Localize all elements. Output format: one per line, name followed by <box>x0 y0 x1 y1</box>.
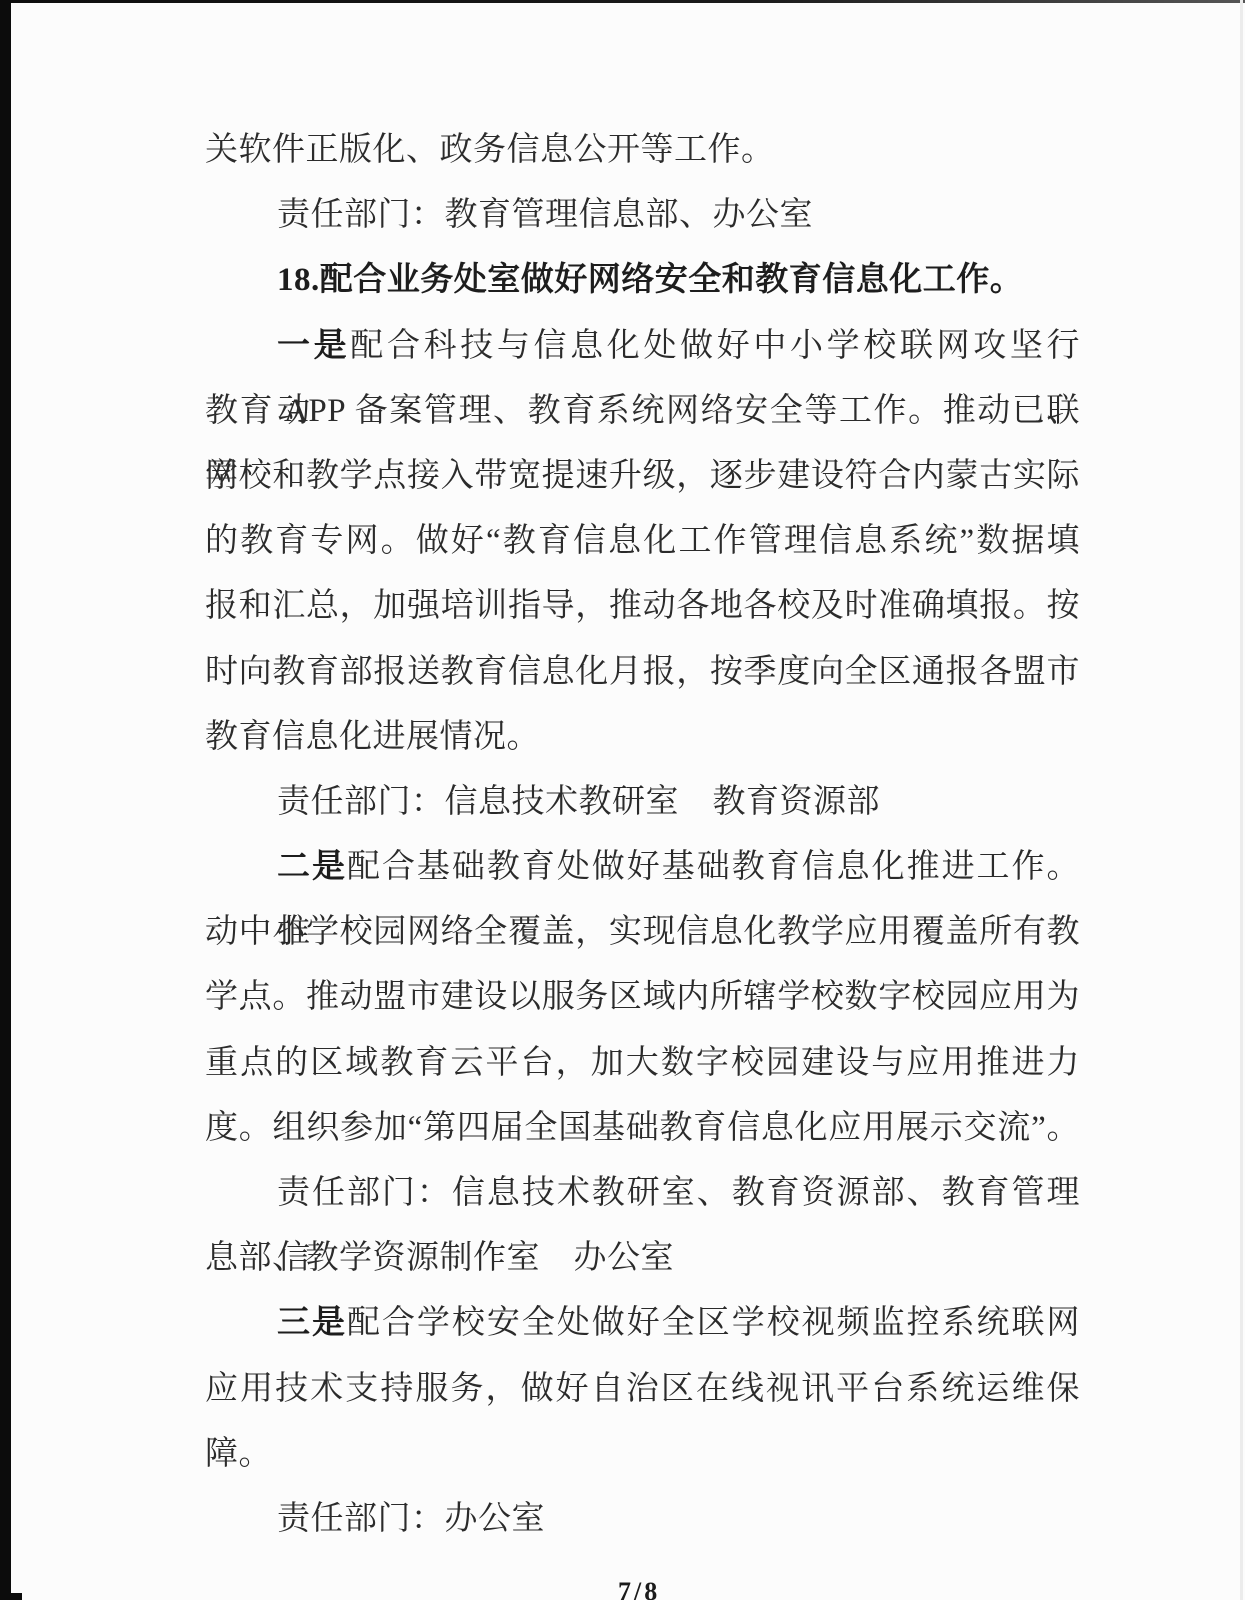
text-line: 度。组织参加“第四届全国基础教育信息化应用展示交流”。 <box>205 1096 1080 1161</box>
line-segment: 教育信息化进展情况。 <box>205 719 540 755</box>
text-line: 责任部门：信息技术教研室、教育资源部、教育管理信 <box>205 1161 1080 1226</box>
document-body: 关软件正版化、政务信息公开等工作。责任部门：教育管理信息部、办公室18.配合业务… <box>205 118 1080 1552</box>
scan-artifact-bottom-left-corner <box>0 1593 22 1600</box>
text-line: 障。 <box>205 1422 1080 1487</box>
text-line: 应用技术支持服务，做好自治区在线视讯平台系统运维保 <box>205 1357 1080 1422</box>
text-line: 三是配合学校安全处做好全区学校视频监控系统联网 <box>205 1291 1080 1356</box>
line-segment: 配合学校安全处做好全区学校视频监控系统联网 <box>347 1305 1080 1341</box>
text-line: 动中小学校园网络全覆盖，实现信息化教学应用覆盖所有教 <box>205 900 1080 965</box>
line-segment: 应用技术支持服务，做好自治区在线视讯平台系统运维保 <box>205 1371 1080 1407</box>
text-line: 息部、教学资源制作室 办公室 <box>205 1226 1080 1291</box>
scanned-document-page: 关软件正版化、政务信息公开等工作。责任部门：教育管理信息部、办公室18.配合业务… <box>0 0 1245 1600</box>
line-segment: 报和汇总，加强培训指导，推动各地各校及时准确填报。按 <box>205 588 1080 624</box>
text-line: 责任部门：办公室 <box>205 1487 1080 1552</box>
text-line: 一是配合科技与信息化处做好中小学校联网攻坚行动、 <box>205 314 1080 379</box>
line-segment: 18.配合业务处室做好网络安全和教育信息化工作。 <box>277 262 1023 298</box>
text-line: 教育信息化进展情况。 <box>205 705 1080 770</box>
line-segment: 关软件正版化、政务信息公开等工作。 <box>205 132 775 168</box>
text-line: 学校和教学点接入带宽提速升级，逐步建设符合内蒙古实际 <box>205 444 1080 509</box>
text-line: 责任部门：教育管理信息部、办公室 <box>205 183 1080 248</box>
line-segment: 二是 <box>277 849 347 885</box>
line-segment: 学校和教学点接入带宽提速升级，逐步建设符合内蒙古实际 <box>205 458 1080 494</box>
text-line: 的教育专网。做好“教育信息化工作管理信息系统”数据填 <box>205 509 1080 574</box>
line-segment: 责任部门：教育管理信息部、办公室 <box>277 197 813 233</box>
line-segment: 障。 <box>205 1436 272 1472</box>
line-segment: 的教育专网。做好“教育信息化工作管理信息系统”数据填 <box>205 523 1080 559</box>
line-segment: 一是 <box>277 328 350 364</box>
line-segment: 度。组织参加“第四届全国基础教育信息化应用展示交流”。 <box>205 1110 1080 1146</box>
line-segment: 重点的区域教育云平台，加大数字校园建设与应用推进力 <box>205 1045 1080 1081</box>
line-segment: 动中小学校园网络全覆盖，实现信息化教学应用覆盖所有教 <box>205 914 1080 950</box>
text-line: 18.配合业务处室做好网络安全和教育信息化工作。 <box>205 248 1080 313</box>
line-segment: 责任部门：信息技术教研室 教育资源部 <box>277 784 880 820</box>
line-segment: 责任部门：办公室 <box>277 1501 545 1537</box>
text-line: 教育 APP 备案管理、教育系统网络安全等工作。推动已联网 <box>205 379 1080 444</box>
line-segment: 学点。推动盟市建设以服务区域内所辖学校数字校园应用为 <box>205 979 1080 1015</box>
line-segment: 息部、教学资源制作室 办公室 <box>205 1240 674 1276</box>
text-line: 报和汇总，加强培训指导，推动各地各校及时准确填报。按 <box>205 574 1080 639</box>
text-line: 二是配合基础教育处做好基础教育信息化推进工作。推 <box>205 835 1080 900</box>
line-segment: 三是 <box>277 1305 347 1341</box>
scan-artifact-top-edge <box>0 0 1245 3</box>
page-number: 7/8 <box>618 1577 660 1600</box>
scan-artifact-left-edge <box>0 0 11 1600</box>
text-line: 关软件正版化、政务信息公开等工作。 <box>205 118 1080 183</box>
text-line: 责任部门：信息技术教研室 教育资源部 <box>205 770 1080 835</box>
scan-artifact-right-edge <box>1240 0 1243 1600</box>
text-line: 时向教育部报送教育信息化月报，按季度向全区通报各盟市 <box>205 640 1080 705</box>
line-segment: 时向教育部报送教育信息化月报，按季度向全区通报各盟市 <box>205 654 1080 690</box>
text-line: 重点的区域教育云平台，加大数字校园建设与应用推进力 <box>205 1031 1080 1096</box>
text-line: 学点。推动盟市建设以服务区域内所辖学校数字校园应用为 <box>205 965 1080 1030</box>
